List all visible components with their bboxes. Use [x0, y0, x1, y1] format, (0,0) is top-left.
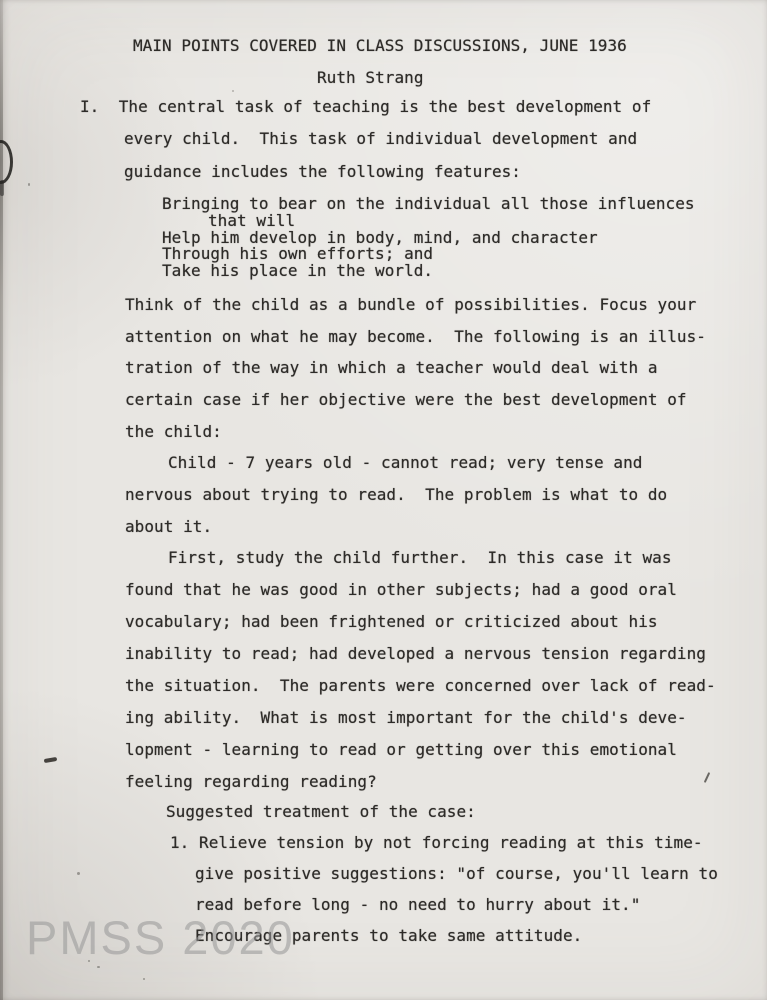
- paper-speck: [97, 966, 100, 968]
- text-line: attention on what he may become. The fol…: [125, 329, 706, 345]
- text-line: 1. Relieve tension by not forcing readin…: [170, 835, 703, 851]
- text-line: inability to read; had developed a nervo…: [125, 646, 706, 662]
- scan-artifact: [0, 140, 13, 184]
- text-line: nervous about trying to read. The proble…: [125, 487, 667, 503]
- text-line: Child - 7 years old - cannot read; very …: [168, 455, 642, 471]
- scan-artifact: [0, 180, 4, 196]
- text-line: First, study the child further. In this …: [168, 550, 672, 566]
- text-line: Suggested treatment of the case:: [166, 804, 476, 820]
- text-line: guidance includes the following features…: [124, 164, 521, 180]
- text-line: give positive suggestions: "of course, y…: [195, 866, 718, 882]
- text-line: feeling regarding reading?: [125, 774, 377, 790]
- watermark: PMSS 2020: [26, 910, 295, 965]
- text-line: I. The central task of teaching is the b…: [80, 99, 651, 115]
- text-line: ing ability. What is most important for …: [125, 710, 687, 726]
- text-line: vocabulary; had been frightened or criti…: [125, 614, 658, 630]
- text-line: lopment - learning to read or getting ov…: [125, 742, 677, 758]
- text-line: about it.: [125, 519, 212, 535]
- text-line: every child. This task of individual dev…: [124, 131, 637, 147]
- paper-speck: [28, 183, 30, 186]
- text-line: Through his own efforts; and: [162, 246, 433, 262]
- ink-mark: [704, 772, 710, 783]
- text-line: the child:: [125, 424, 222, 440]
- text-line: Bringing to bear on the individual all t…: [162, 196, 695, 212]
- paper-speck: [77, 872, 80, 875]
- paper-speck: [232, 90, 234, 92]
- text-line: certain case if her objective were the b…: [125, 392, 687, 408]
- ink-mark: [44, 757, 57, 763]
- text-line: found that he was good in other subjects…: [125, 582, 677, 598]
- text-line: Think of the child as a bundle of possib…: [125, 297, 696, 313]
- document-title: MAIN POINTS COVERED IN CLASS DISCUSSIONS…: [133, 38, 627, 54]
- text-line: Take his place in the world.: [162, 263, 433, 279]
- document-page: MAIN POINTS COVERED IN CLASS DISCUSSIONS…: [0, 0, 767, 1000]
- document-author: Ruth Strang: [317, 70, 424, 86]
- text-line: tration of the way in which a teacher wo…: [125, 360, 658, 376]
- paper-speck: [143, 978, 145, 980]
- text-line: that will: [208, 213, 295, 229]
- text-line: the situation. The parents were concerne…: [125, 678, 716, 694]
